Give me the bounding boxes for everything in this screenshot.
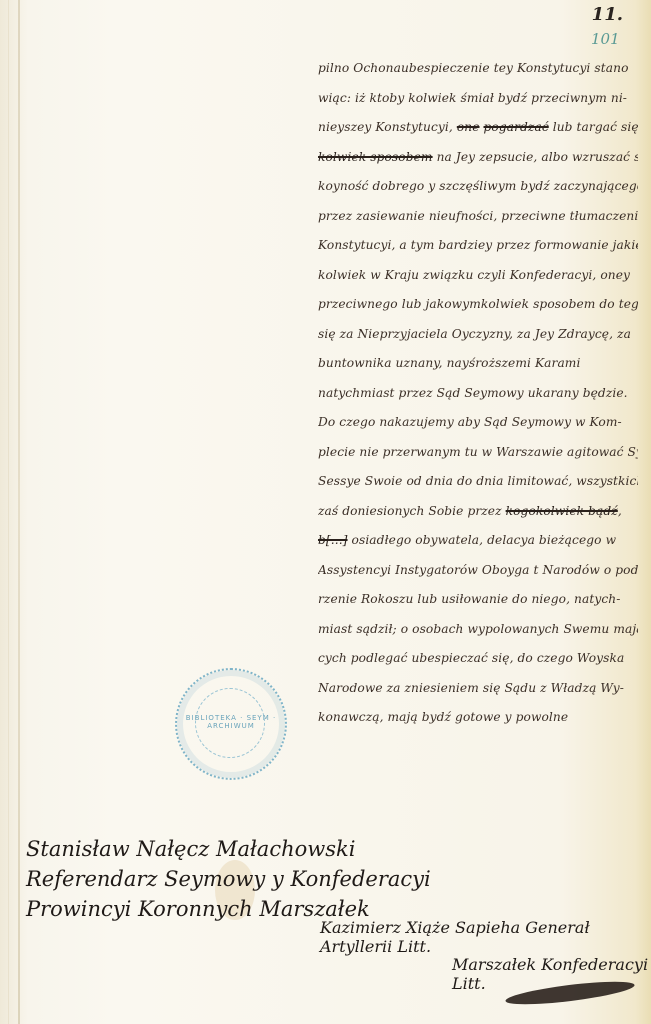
text-line: kolwiek sposobem na Jey zepsucie, albo w… bbox=[318, 143, 638, 173]
library-stamp: BIBLIOTEKA · SEYM · ARCHIWUM bbox=[175, 668, 287, 780]
manuscript-page: 11. 101 pilno Ochonaubespieczenie tey Ko… bbox=[0, 0, 651, 1024]
text-line: miast sądził; o osobach wypolowanych Swe… bbox=[318, 615, 638, 645]
stamp-text: BIBLIOTEKA · SEYM · ARCHIWUM bbox=[177, 714, 285, 730]
text-line: Do czego nakazujemy aby Sąd Seymowy w Ko… bbox=[318, 408, 638, 438]
text-line: Assystencyi Instygatorów Oboyga t Narodó… bbox=[318, 556, 638, 586]
text-line: wiąc: iż ktoby kolwiek śmiał bydź przeci… bbox=[318, 84, 638, 114]
page-edge-line bbox=[8, 0, 9, 1024]
manuscript-body: pilno Ochonaubespieczenie tey Konstytucy… bbox=[318, 54, 638, 733]
text-line: przeciwnego lub jakowymkolwiek sposobem … bbox=[318, 290, 638, 320]
text-line: nieyszey Konstytucyi, one pogardzać lub … bbox=[318, 113, 638, 143]
text-line: konawczą, mają bydź gotowe y powolne bbox=[318, 703, 638, 733]
folio-number: 11. bbox=[592, 4, 623, 25]
text-line: Konstytucyi, a tym bardziey przez formow… bbox=[318, 231, 638, 261]
signature-line: Stanisław Nałęcz Małachowski bbox=[26, 834, 446, 864]
text-line: Sessye Swoie od dnia do dnia limitować, … bbox=[318, 467, 638, 497]
text-line: zaś doniesionych Sobie przez kogokolwiek… bbox=[318, 497, 638, 527]
archive-number: 101 bbox=[591, 30, 620, 48]
text-line: się za Nieprzyjaciela Oyczyzny, za Jey Z… bbox=[318, 320, 638, 350]
signature-block-left: Stanisław Nałęcz Małachowski Referendarz… bbox=[26, 834, 446, 924]
text-line: koyność dobrego y szczęśliwym bydź zaczy… bbox=[318, 172, 638, 202]
page-fold-line bbox=[18, 0, 20, 1024]
text-line: cych podlegać ubespieczać się, do czego … bbox=[318, 644, 638, 674]
text-line: przez zasiewanie nieufności, przeciwne t… bbox=[318, 202, 638, 232]
text-line: plecie nie przerwanym tu w Warszawie agi… bbox=[318, 438, 638, 468]
text-line: rzenie Rokoszu lub usiłowanie do niego, … bbox=[318, 585, 638, 615]
signature-right-1: Kazimierz Xiąże Sapieha Generał Artyller… bbox=[320, 918, 651, 956]
text-line: Narodowe za zniesieniem się Sądu z Władz… bbox=[318, 674, 638, 704]
text-line: kolwiek w Kraju związku czyli Konfederac… bbox=[318, 261, 638, 291]
text-line: b[...] osiadłego obywatela, delacya bież… bbox=[318, 526, 638, 556]
text-line: pilno Ochonaubespieczenie tey Konstytucy… bbox=[318, 54, 638, 84]
signature-line: Referendarz Seymowy y Konfederacyi bbox=[26, 864, 446, 894]
text-line: natychmiast przez Sąd Seymowy ukarany bę… bbox=[318, 379, 638, 409]
text-line: buntownika uznany, nayśroższemi Karami bbox=[318, 349, 638, 379]
